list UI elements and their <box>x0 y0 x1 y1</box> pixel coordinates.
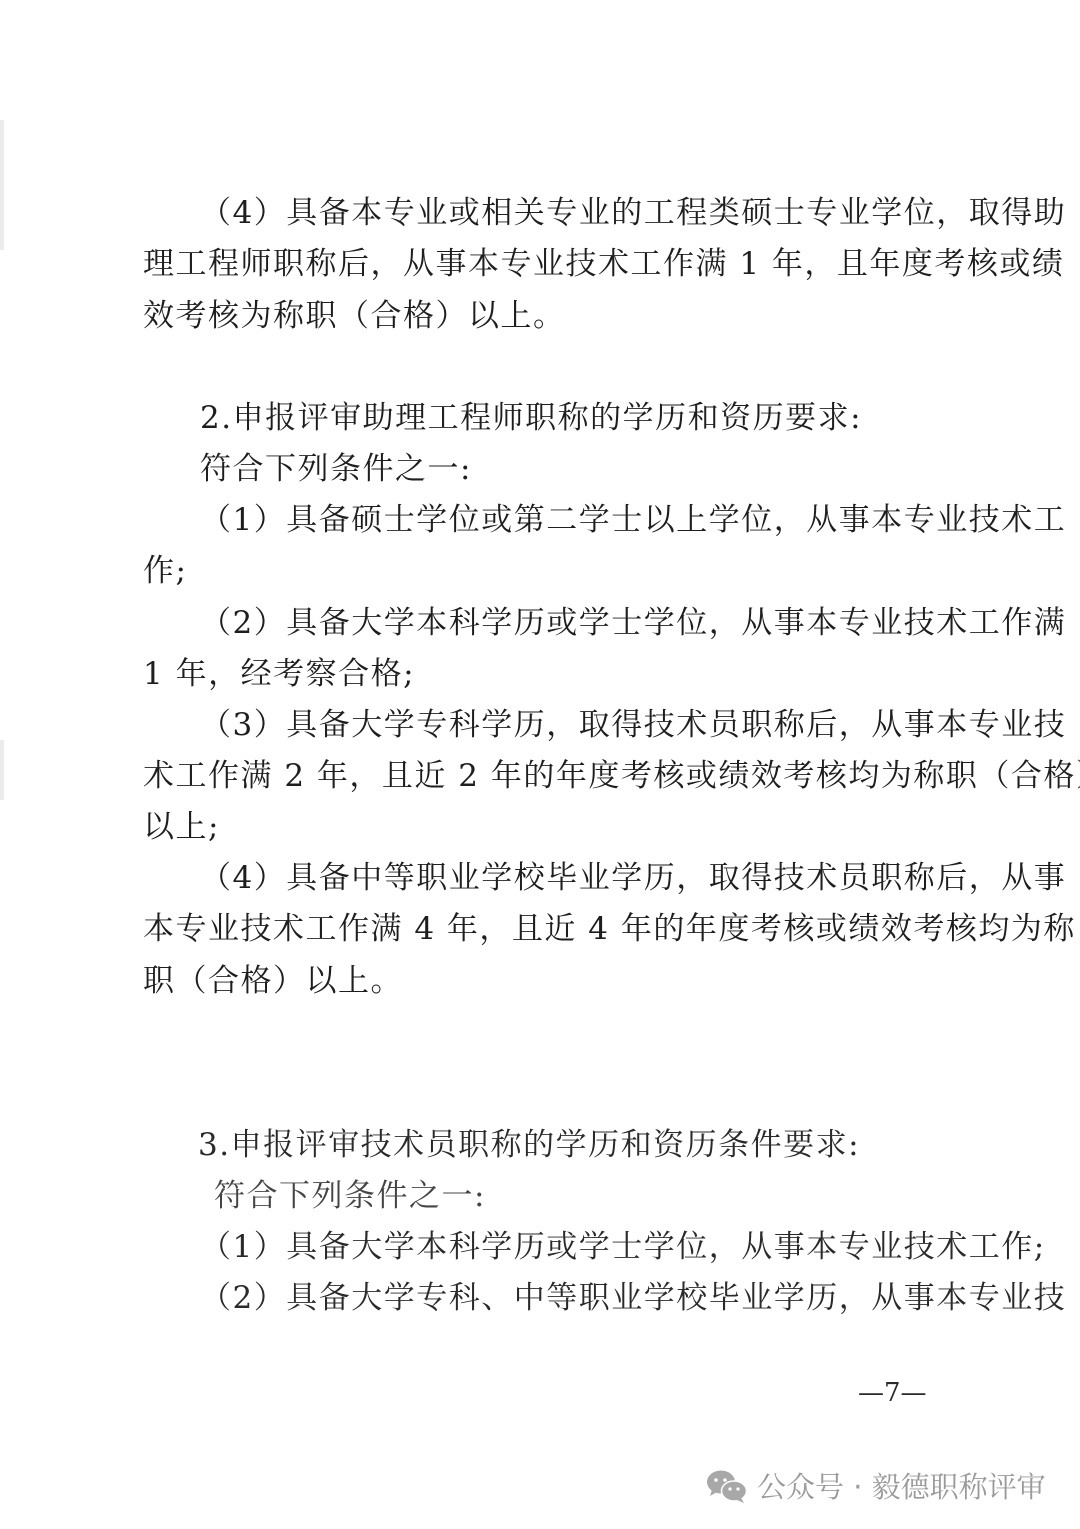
list-item-line: （1）具备硕士学位或第二学士以上学位，从事本专业技术工 <box>200 500 948 540</box>
section-heading: 2.申报评审助理工程师职称的学历和资历要求: <box>200 398 862 438</box>
list-item-line: 本专业技术工作满 4 年，且近 4 年的年度考核或绩效考核均为称 <box>143 909 948 949</box>
section-intro: 符合下列条件之一: <box>214 1176 486 1216</box>
watermark: 公众号 · 毅德职称评审 <box>705 1465 1046 1506</box>
paragraph-line: （4）具备本专业或相关专业的工程类硕士专业学位，取得助 <box>200 193 948 233</box>
wechat-icon <box>705 1468 749 1504</box>
list-item-line: （4）具备中等职业学校毕业学历，取得技术员职称后，从事 <box>200 858 948 898</box>
list-item-line: （2）具备大学本科学历或学士学位，从事本专业技术工作满 <box>200 603 948 643</box>
list-item-line: 术工作满 2 年，且近 2 年的年度考核或绩效考核均为称职（合格） <box>143 756 948 796</box>
document-page: （4）具备本专业或相关专业的工程类硕士专业学位，取得助 理工程师职称后，从事本专… <box>0 0 1080 1529</box>
page-number: —7— <box>858 1378 927 1408</box>
list-item-line: 作; <box>143 551 187 591</box>
section-heading: 3.申报评审技术员职称的学历和资历条件要求: <box>198 1125 860 1165</box>
section-intro: 符合下列条件之一: <box>200 449 472 489</box>
list-item-line: （1）具备大学本科学历或学士学位，从事本专业技术工作; <box>200 1227 948 1267</box>
watermark-text: 公众号 · 毅德职称评审 <box>757 1465 1046 1506</box>
list-item-line: （3）具备大学专科学历，取得技术员职称后，从事本专业技 <box>200 705 948 745</box>
paragraph-line: 理工程师职称后，从事本专业技术工作满 1 年，且年度考核或绩 <box>143 244 948 284</box>
scan-edge-mark <box>0 120 4 250</box>
list-item-line: 以上; <box>143 807 220 847</box>
list-item-line: 职（合格）以上。 <box>143 961 403 1001</box>
list-item-line: 1 年，经考察合格; <box>143 654 415 694</box>
paragraph-line: 效考核为称职（合格）以上。 <box>143 296 566 336</box>
list-item-line: （2）具备大学专科、中等职业学校毕业学历，从事本专业技 <box>200 1278 948 1318</box>
scan-edge-mark <box>0 740 4 800</box>
